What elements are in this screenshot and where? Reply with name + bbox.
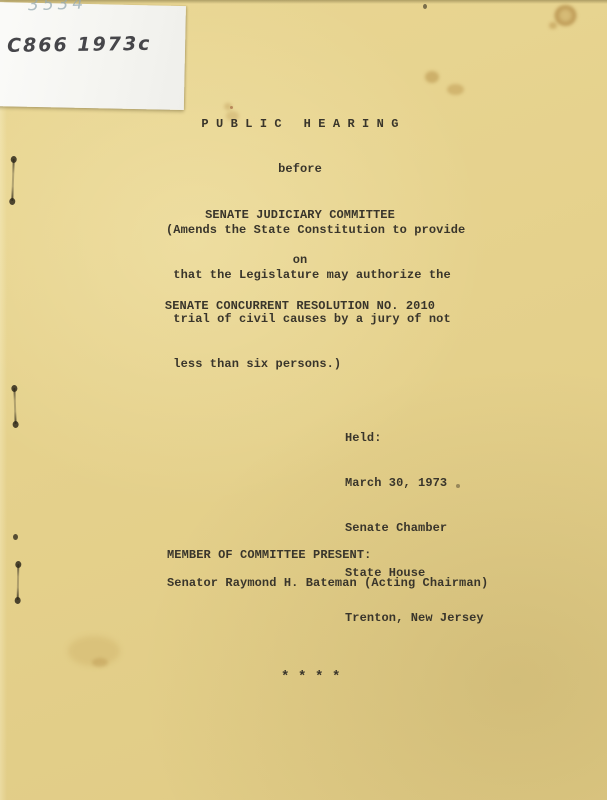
handwritten-call-number: C866 1973c xyxy=(7,33,152,57)
stain-small xyxy=(549,22,557,29)
staple-mark-top xyxy=(11,159,14,201)
document-title: P U B L I C H E A R I N G xyxy=(113,116,487,133)
hearing-date: March 30, 1973 xyxy=(345,475,484,492)
pencil-accession-number: 3534 xyxy=(28,0,88,15)
member-name: Senator Raymond H. Bateman (Acting Chair… xyxy=(167,576,488,590)
hearing-details-block: Held: March 30, 1973 Senate Chamber Stat… xyxy=(345,402,484,655)
asterisk-separator: * * * * xyxy=(281,669,341,685)
stain-top-right xyxy=(554,5,577,26)
staple-mark-bottom xyxy=(17,564,20,600)
summary-line: (Amends the State Constitution to provid… xyxy=(166,222,465,239)
scanned-hearing-cover-page: 3534 C866 1973c P U B L I C H E A R I N … xyxy=(0,0,607,800)
held-label: Held: xyxy=(345,430,484,447)
ink-speck xyxy=(13,534,18,540)
hearing-location: Senate Chamber xyxy=(345,520,484,537)
summary-line: trial of civil causes by a jury of not xyxy=(166,311,465,328)
staple-mark-middle xyxy=(13,388,16,424)
summary-line: that the Legislature may authorize the xyxy=(166,267,465,284)
dark-speck xyxy=(423,4,427,9)
summary-line: less than six persons.) xyxy=(166,356,465,373)
members-heading: MEMBER OF COMMITTEE PRESENT: xyxy=(167,548,371,562)
stain-under-title-right xyxy=(425,71,439,83)
stain-bottom-left-2 xyxy=(92,658,108,667)
title-before: before xyxy=(113,161,487,178)
resolution-summary: (Amends the State Constitution to provid… xyxy=(166,194,465,400)
hearing-location: Trenton, New Jersey xyxy=(345,610,484,627)
